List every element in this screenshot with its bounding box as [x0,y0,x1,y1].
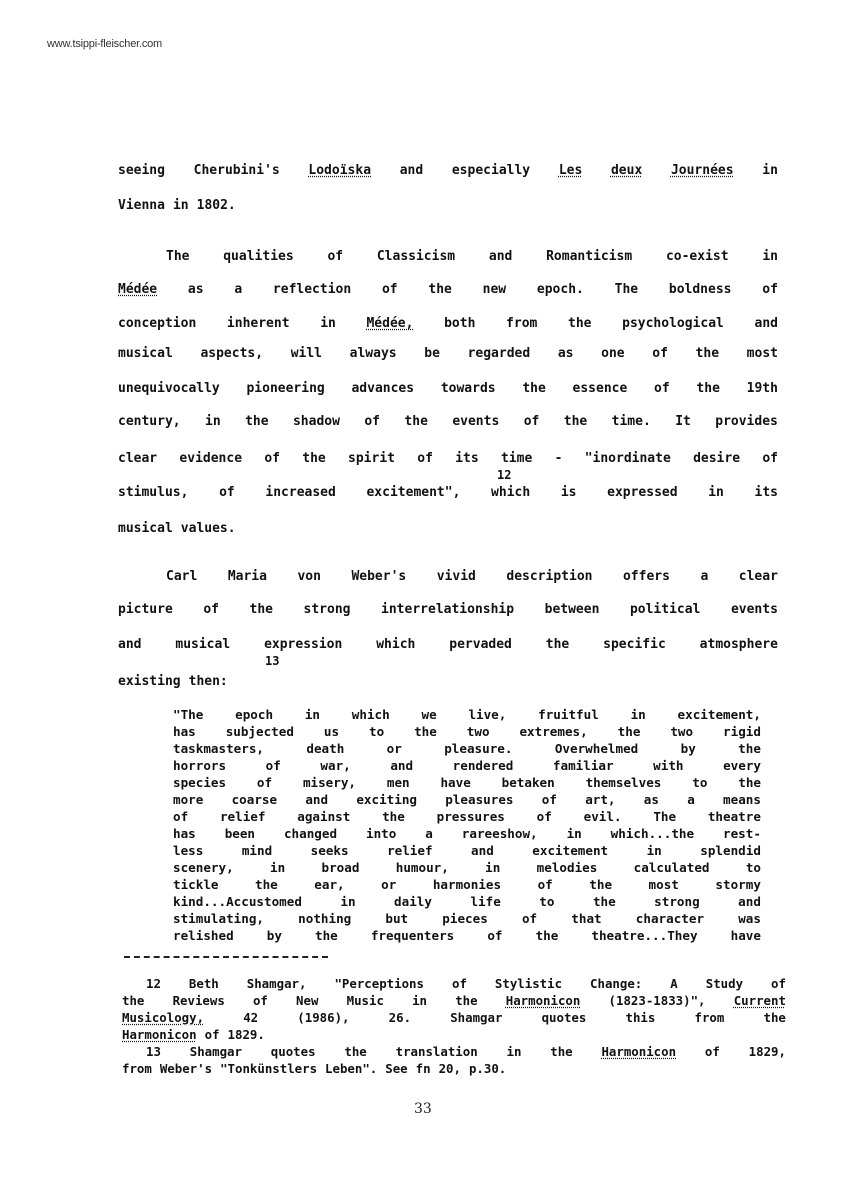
word: Stylistic [495,976,562,991]
word: most [747,346,778,361]
word: new [483,282,506,297]
word: It [675,414,691,429]
word: of [219,485,235,500]
word: aspects, [200,346,263,361]
word: towards [441,381,496,396]
word: pioneering [246,381,324,396]
word: the [428,282,451,297]
word: splendid [700,843,761,858]
word: rest- [723,826,761,841]
footnote-line-12: Musicology,42(1986),26.Shamgarquotesthis… [122,1010,786,1025]
word: boldness [669,282,732,297]
word: musical [175,637,230,652]
word: vivid [437,569,476,584]
word: from [695,1010,725,1025]
word: relished [173,928,234,943]
word: See [385,1061,407,1076]
word: in [631,707,646,722]
word: 19th [747,381,778,396]
word: stimulating, [173,911,264,926]
word: be [424,346,440,361]
word: time [501,451,532,466]
word: strong [654,894,700,909]
word: harmonies [433,877,501,892]
word: is [561,485,577,500]
word: will [291,346,322,361]
word: means [723,792,761,807]
word: extremes, [519,724,587,739]
word: Reviews [173,993,225,1008]
word: with [653,758,683,773]
word: of [266,758,281,773]
word: in [647,843,662,858]
word: the [245,414,268,429]
word: the [546,637,569,652]
word: 20, [439,1061,461,1076]
word: of [417,451,433,466]
word: musical [118,521,173,536]
word: The [653,809,676,824]
word: theatre...They [591,928,697,943]
word: or [381,877,396,892]
word: conception [118,316,196,331]
word: have [440,775,470,790]
word: expressed [607,485,677,500]
word: as [558,346,574,361]
quote-line: relishedbythefrequentersofthetheatre...T… [173,928,761,943]
word: excitement", [366,485,460,500]
word: of [762,451,778,466]
word: subjected [226,724,294,739]
underlined-title: Harmonicon [122,1027,197,1042]
word: political [630,602,700,617]
word: of [654,381,670,396]
word: have [731,928,761,943]
quote-line: horrorsofwar,andrenderedfamiliarwithever… [173,758,761,773]
quote-line: hassubjectedustothetwoextremes,thetworig… [173,724,761,739]
word: the [302,451,325,466]
word: Romanticism [546,249,632,264]
word: one [601,346,624,361]
word: of [705,1044,720,1059]
word: clear [739,569,778,584]
underlined-title: Harmonicon [506,993,581,1008]
word: reflection [273,282,351,297]
word: pleasure. [444,741,512,756]
word: betaken [502,775,555,790]
word: Study [706,976,743,991]
word: changed [284,826,337,841]
word: co-exist [666,249,729,264]
word: two [670,724,693,739]
word: a [687,792,695,807]
text-line: musicalaspects,willalwaysberegardedasone… [118,346,778,361]
word: of [264,451,280,466]
word: 1802. [197,198,236,213]
underlined-title: Musicology, [122,1010,204,1025]
word: the [255,877,278,892]
word: Carl [166,569,197,584]
word: always [350,346,397,361]
word: a [425,826,433,841]
word: nothing [298,911,351,926]
word: 42 [243,1010,258,1025]
word: in [708,485,724,500]
word: century, [118,414,181,429]
word: evil. [584,809,622,824]
page-number: 33 [414,1101,432,1117]
word: of [762,282,778,297]
word: this [626,1010,656,1025]
word: of [537,809,552,824]
word: epoch [235,707,273,722]
word: was [738,911,761,926]
footnote-line-12: Harmoniconof1829. [122,1027,786,1042]
word: mind [242,843,272,858]
word: in [305,707,320,722]
word: and [489,249,512,264]
text-line: ThequalitiesofClassicismandRomanticismco… [166,249,778,264]
word: translation [396,1044,478,1059]
word: of [253,993,268,1008]
word: of [382,282,398,297]
word: Cherubini's [194,163,280,178]
word: of [522,911,537,926]
text-line: century,intheshadowoftheeventsofthetime.… [118,414,778,429]
text-line: pictureofthestronginterrelationshipbetwe… [118,602,778,617]
word: "inordinate [585,451,671,466]
word: "Perceptions [334,976,424,991]
word: Weber's [160,1061,212,1076]
word: stormy [715,877,761,892]
word: the [250,602,273,617]
footnote-line-12: theReviewsofNewMusicintheHarmonicon(1823… [122,993,786,1008]
word: The [615,282,638,297]
text-line: clearevidenceofthespiritofitstime-"inord… [118,451,778,466]
word: which [376,637,415,652]
word: less [173,843,203,858]
word: advances [351,381,414,396]
word: species [173,775,226,790]
word: to [369,724,384,739]
word: specific [603,637,666,652]
word: von [297,569,320,584]
quote-line: speciesofmisery,menhavebetakenthemselves… [173,775,761,790]
word: Weber's [351,569,406,584]
text-line: stimulus,ofincreasedexcitement",whichise… [118,485,778,500]
word: which [491,485,530,500]
word: events [731,602,778,617]
word: in [205,414,221,429]
word: increased [265,485,335,500]
word: of [205,1027,220,1042]
word: coarse [232,792,278,807]
word: in [485,860,500,875]
word: spirit [348,451,395,466]
word: or [387,741,402,756]
word: from [506,316,537,331]
word: which...the [611,826,694,841]
word: especially [452,163,530,178]
word: humour, [396,860,449,875]
word: calculated [634,860,710,875]
word: psychological [622,316,724,331]
text-line: andmusicalexpressionwhichpervadedthespec… [118,637,778,652]
word: the [589,877,612,892]
word: the [764,1010,786,1025]
text-line: CarlMariavonWeber'svividdescriptionoffer… [166,569,778,584]
footnote-ref-12: 12 [497,468,511,482]
word: every [723,758,761,773]
word: frequenters [371,928,454,943]
underlined-title: Journées [671,163,734,178]
word: Classicism [377,249,455,264]
word: Leben". [325,1061,377,1076]
word: us [324,724,339,739]
quote-line: lessmindseeksreliefandexcitementinsplend… [173,843,761,858]
word: then: [189,674,228,689]
word: of [257,775,272,790]
word: against [297,809,350,824]
word: Beth [189,976,219,991]
word: (1986), [297,1010,349,1025]
underlined-title: Lodoïska [308,163,371,178]
word: rareeshow, [462,826,538,841]
footnote-line-13: 13ShamgarquotesthetranslationintheHarmon… [146,1044,786,1059]
word: Shamgar [190,1044,242,1059]
word: and [390,758,413,773]
word: A [670,976,677,991]
word: of [542,792,557,807]
word: of [652,346,668,361]
word: the [738,741,761,756]
word: more [173,792,203,807]
word: the [455,993,477,1008]
quote-line: kind...Accustomedindailylifetothestronga… [173,894,761,909]
word: between [545,602,600,617]
word: offers [623,569,670,584]
text-line: Viennain1802. [118,198,778,213]
word: in [270,860,285,875]
word: themselves [586,775,662,790]
word: atmosphere [700,637,778,652]
word: regarded [468,346,531,361]
word: and [738,894,761,909]
word: provides [715,414,778,429]
word: excitement, [678,707,761,722]
word: death [306,741,344,756]
text-line: existingthen: [118,674,778,689]
word: evidence [179,451,242,466]
word: tickle [173,877,219,892]
word: of [538,877,553,892]
quote-line: taskmasters,deathorpleasure.Overwhelmedb… [173,741,761,756]
word: taskmasters, [173,741,264,756]
word: fruitful [538,707,599,722]
word: fn [416,1061,431,1076]
word: musical [118,346,173,361]
word: in [173,198,189,213]
word: to [746,860,761,875]
word: ear, [314,877,344,892]
word: "Tonkünstlers [220,1061,317,1076]
underlined-title: Current [734,993,786,1008]
word: life [470,894,500,909]
word: seeing [118,163,165,178]
word: 1829, [749,1044,786,1059]
word: which [352,707,390,722]
text-line: musicalvalues. [118,521,778,536]
word: pervaded [449,637,512,652]
word: of [487,928,502,943]
word: The [166,249,189,264]
word: character [636,911,704,926]
word: qualities [223,249,293,264]
word: expression [264,637,342,652]
underlined-title: Médée [118,282,157,297]
text-line: conceptioninherentinMédée,bothfromthepsy… [118,316,778,331]
word: the [315,928,338,943]
word: Music [347,993,384,1008]
word: of [173,809,188,824]
word: of [771,976,786,991]
word: familiar [553,758,614,773]
word: epoch. [537,282,584,297]
word: time. [612,414,651,429]
word: rendered [453,758,514,773]
quote-line: stimulating,nothingbutpiecesofthatcharac… [173,911,761,926]
word: in [762,163,778,178]
word: stimulus, [118,485,188,500]
word: from [122,1061,152,1076]
word: in [507,1044,522,1059]
word: values. [181,521,236,536]
word: both [444,316,475,331]
word: scenery, [173,860,234,875]
word: the [404,414,427,429]
word: we [421,707,436,722]
word: has [173,724,196,739]
word: inherent [227,316,290,331]
word: unequivocally [118,381,220,396]
word: exciting [356,792,417,807]
word: 26. [389,1010,411,1025]
word: pressures [437,809,505,824]
word: rigid [723,724,761,739]
footnote-line-12: 12BethShamgar,"PerceptionsofStylisticCha… [146,976,786,991]
word: of [524,414,540,429]
word: the [618,724,641,739]
word: its [755,485,778,500]
word: by [681,741,696,756]
quote-line: morecoarseandexcitingpleasuresofart,asam… [173,792,761,807]
word: - [555,451,563,466]
word: art, [585,792,615,807]
quote-line: tickletheear,orharmoniesofthemoststormy [173,877,761,892]
text-line: unequivocallypioneeringadvancestowardsth… [118,381,778,396]
word: in [412,993,427,1008]
word: the [593,894,616,909]
word: its [455,451,478,466]
word: the [382,809,405,824]
text-line: seeingCherubini'sLodoïskaandespeciallyLe… [118,163,778,178]
word: war, [320,758,350,773]
word: but [385,911,408,926]
word: 12 [146,976,161,991]
word: relief [220,809,266,824]
word: desire [693,451,740,466]
word: events [452,414,499,429]
underlined-title: Les [559,163,582,178]
text-line: Médéeasareflectionofthenewepoch.Theboldn… [118,282,778,297]
word: the [414,724,437,739]
word: into [366,826,396,841]
word: the [536,928,559,943]
word: in [340,894,355,909]
word: in [762,249,778,264]
word: p.30. [469,1061,506,1076]
word: clear [118,451,157,466]
footnote-ref-13: 13 [265,654,279,668]
word: the [696,381,719,396]
word: most [649,877,679,892]
word: the [564,414,587,429]
word: excitement [532,843,608,858]
quote-line: hasbeenchangedintoarareeshow,inwhich...t… [173,826,761,841]
quote-line: ofreliefagainstthepressuresofevil.Thethe… [173,809,761,824]
word: men [387,775,410,790]
word: kind...Accustomed [173,894,302,909]
word: live, [468,707,506,722]
word: 1829. [228,1027,265,1042]
word: New [296,993,318,1008]
word: quotes [542,1010,587,1025]
word: Overwhelmed [555,741,638,756]
word: picture [118,602,173,617]
word: and [755,316,778,331]
underlined-title: Harmonicon [601,1044,676,1059]
quote-line: scenery,inbroadhumour,inmelodiescalculat… [173,860,761,875]
word: "The [173,707,203,722]
word: strong [304,602,351,617]
word: pieces [442,911,488,926]
word: of [364,414,380,429]
website-url: www.tsippi-fleischer.com [47,38,162,50]
word: quotes [271,1044,316,1059]
word: Vienna [118,198,165,213]
footnote-divider [124,956,328,958]
word: and [305,792,328,807]
word: Shamgar [450,1010,502,1025]
word: seeks [311,843,349,858]
word: the [696,346,719,361]
word: the [522,381,545,396]
word: the [122,993,144,1008]
word: pleasures [445,792,513,807]
word: and [471,843,494,858]
word: the [738,775,761,790]
word: description [506,569,592,584]
word: Maria [228,569,267,584]
word: the [550,1044,572,1059]
word: by [267,928,282,943]
word: theatre [708,809,761,824]
word: relief [387,843,433,858]
word: of [452,976,467,991]
word: been [225,826,255,841]
word: as [188,282,204,297]
word: misery, [303,775,356,790]
